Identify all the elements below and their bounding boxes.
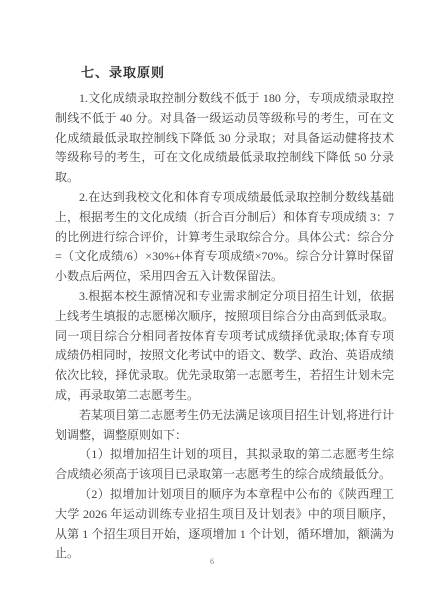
paragraph: （1）拟增加招生计划的项目，其拟录取的第二志愿考生综合成绩必须高于该项目已录取第… <box>55 445 394 485</box>
paragraph: 3.根据本校生源情况和专业需求制定分项目招生计划，依据上线考生填报的志愿梯次顺序… <box>55 287 394 406</box>
section-body: 1.文化成绩录取控制分数线不低于 180 分，专项成绩录取控制线不低于 40 分… <box>55 89 394 564</box>
document-content: 七、录取原则 1.文化成绩录取控制分数线不低于 180 分，专项成绩录取控制线不… <box>55 63 394 564</box>
paragraph: 若某项目第二志愿考生仍无法满足该项目招生计划,将进行计划调整，调整原则如下： <box>55 406 394 446</box>
paragraph: （2）拟增加计划项目的顺序为本章程中公布的《陕西理工大学 2026 年运动训练专… <box>55 485 394 564</box>
paragraph: 2.在达到我校文化和体育专项成绩最低录取控制分数线基础上，根据考生的文化成绩（折… <box>55 188 394 287</box>
section-heading: 七、录取原则 <box>55 63 394 83</box>
document-page: 七、录取原则 1.文化成绩录取控制分数线不低于 180 分，专项成绩录取控制线不… <box>0 0 424 600</box>
page-number: 6 <box>0 557 424 567</box>
paragraph: 1.文化成绩录取控制分数线不低于 180 分，专项成绩录取控制线不低于 40 分… <box>55 89 394 188</box>
